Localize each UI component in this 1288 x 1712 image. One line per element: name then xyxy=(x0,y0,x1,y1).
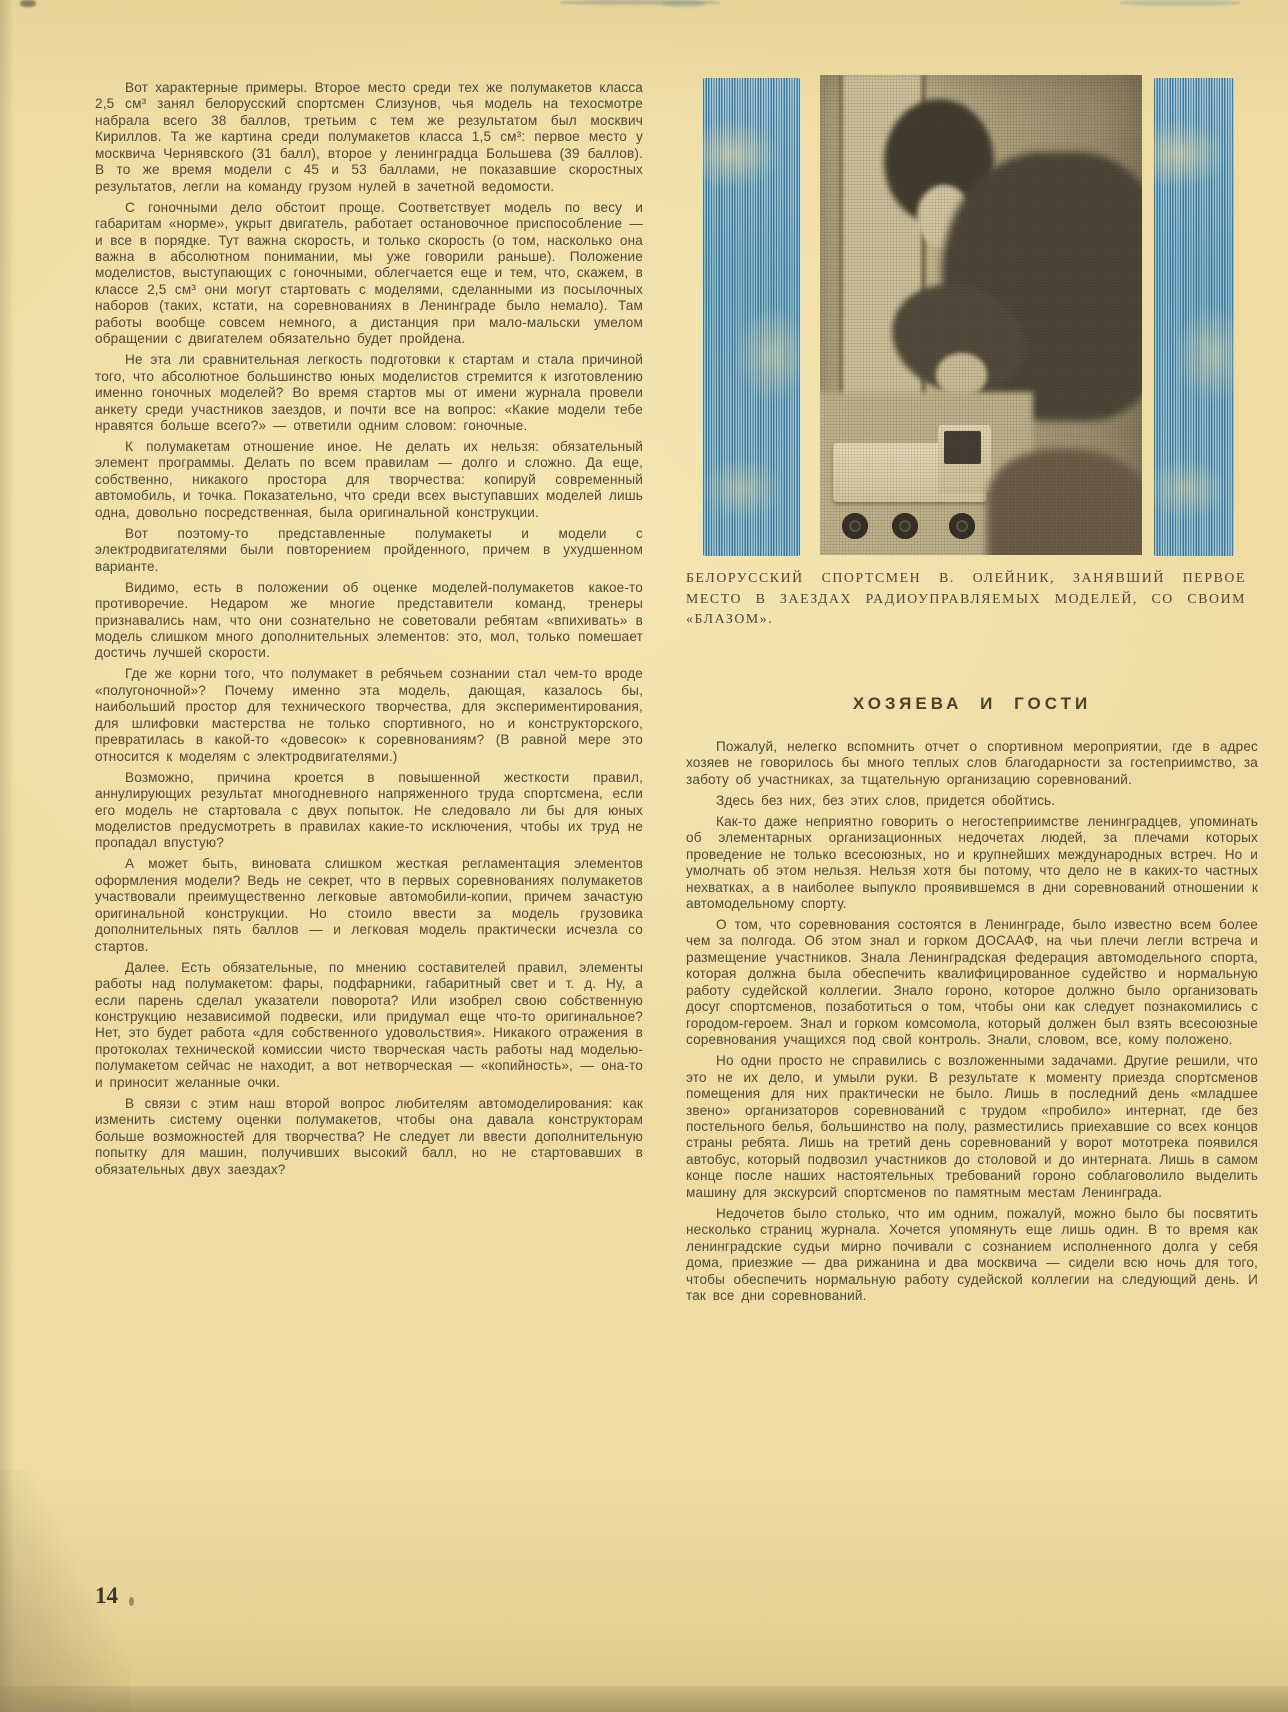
decorative-blue-bar-right xyxy=(1154,78,1234,556)
paragraph: Вот поэтому-то представленные полумакеты… xyxy=(95,526,643,575)
decorative-blue-bar-left xyxy=(703,78,800,556)
paragraph: Недочетов было столько, что им одним, по… xyxy=(686,1206,1258,1305)
paragraph: Видимо, есть в положении об оценке модел… xyxy=(95,580,643,662)
ink-smudge xyxy=(1120,0,1240,6)
halftone-overlay xyxy=(820,75,1142,555)
paragraph: Пожалуй, нелегко вспомнить отчет о спорт… xyxy=(686,739,1258,788)
paragraph: С гоночными дело обстоит проще. Соответс… xyxy=(95,200,643,348)
ink-smudge xyxy=(663,1,705,7)
paragraph: Не эта ли сравнительная легкость подгото… xyxy=(95,352,643,434)
paper-edge-shadow-bottom xyxy=(0,1686,1288,1712)
paragraph: Вот характерные примеры. Второе место ср… xyxy=(95,80,643,195)
paragraph: А может быть, виновата слишком жесткая р… xyxy=(95,856,643,955)
photo-caption: БЕЛОРУССКИЙ СПОРТСМЕН В. ОЛЕЙНИК, ЗАНЯВШ… xyxy=(686,568,1246,630)
left-text-column: Вот характерные примеры. Второе место ср… xyxy=(95,80,643,1520)
paragraph: Далее. Есть обязательные, по мнению сост… xyxy=(95,960,643,1092)
section-heading: ХОЗЯЕВА И ГОСТИ xyxy=(686,694,1258,714)
paragraph: В связи с этим наш второй вопрос любител… xyxy=(95,1096,643,1178)
magazine-page: Вот характерные примеры. Второе место ср… xyxy=(0,0,1288,1712)
page-number: 14 xyxy=(95,1583,118,1609)
paragraph: Но одни просто не справились с возложенн… xyxy=(686,1053,1258,1201)
paragraph: Как-то даже неприятно говорить о негосте… xyxy=(686,814,1258,913)
paragraph: Возможно, причина кроется в повышенной ж… xyxy=(95,770,643,852)
paper-edge-shadow-left xyxy=(0,0,14,1712)
ink-smudge xyxy=(20,0,36,7)
paragraph: К полумакетам отношение иное. Не делать … xyxy=(95,439,643,521)
paragraph: Здесь без них, без этих слов, придется о… xyxy=(686,793,1258,809)
paragraph: Где же корни того, что полумакет в ребяч… xyxy=(95,666,643,765)
photo-sportsman-with-model xyxy=(820,75,1142,555)
paragraph: О том, что соревнования состоятся в Лени… xyxy=(686,917,1258,1049)
right-text-column: Пожалуй, нелегко вспомнить отчет о спорт… xyxy=(686,739,1258,1569)
